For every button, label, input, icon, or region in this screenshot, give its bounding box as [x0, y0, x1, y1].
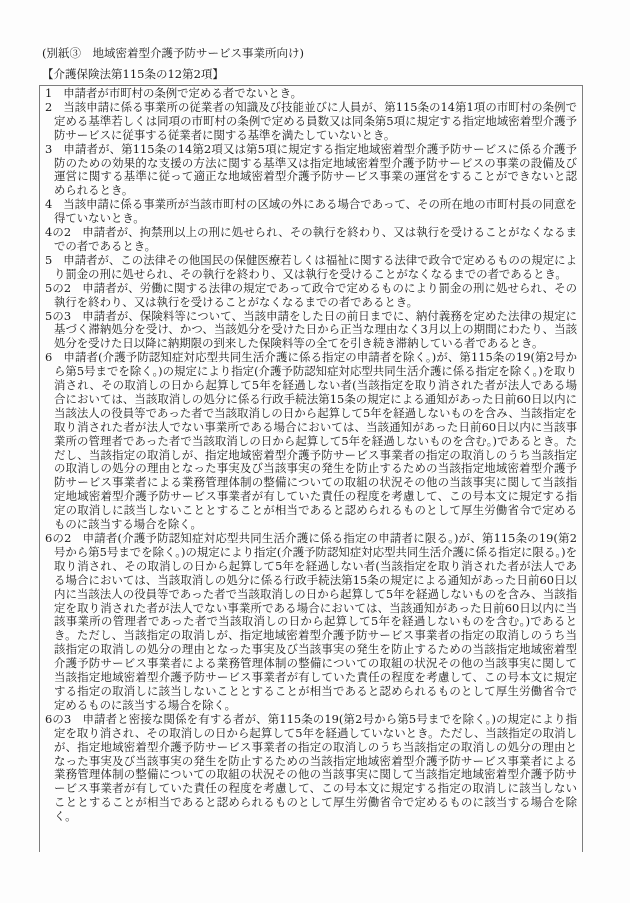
provision-text: 申請者が、この法律その他国民の保健医療若しくは福祉に関する法律で政令で定めるもの… [54, 253, 577, 281]
provision-item: 6の3申請者と密接な関係を有する者が、第115条の19(第2号から第5号までを除… [45, 713, 577, 824]
document-page: (別紙③ 地域密着型介護予防サービス事業所向け) 【介護保険法第115条の12第… [0, 0, 630, 903]
provision-number: 2 [45, 100, 52, 114]
provision-item: 5の3申請者が、保険料等について、当該申請をした日の前日までに、納付義務を定めた… [45, 310, 577, 352]
provision-text: 当該申請に係る事業所が当該市町村の区域の外にある場合であって、その所在地の市町村… [54, 197, 577, 225]
provision-item: 5の2申請者が、労働に関する法律の規定であって政令で定めるものにより罰金の刑に処… [45, 282, 577, 310]
provision-text: 申請者と密接な関係を有する者が、第115条の19(第2号から第5号までを除く。)… [54, 712, 577, 823]
provision-item: 1申請者が市町村の条例で定める者でないとき。 [45, 87, 577, 101]
provision-text: 申請者が、拘禁刑以上の刑に処せられ、その執行を終わり、又は執行を受けることがなく… [54, 225, 577, 253]
provision-text: 申請者が、労働に関する法律の規定であって政令で定めるものにより罰金の刑に処せられ… [54, 281, 577, 309]
provision-number: 3 [45, 142, 52, 156]
provision-number: 5 [45, 253, 52, 267]
provision-item: 6の2申請者(介護予防認知症対応型共同生活介護に係る指定の申請者に限る。)が、第… [45, 532, 577, 713]
provision-number: 6の2 [45, 531, 71, 545]
provision-item: 6申請者(介護予防認知症対応型共同生活介護に係る指定の申請者を除く。)が、第11… [45, 351, 577, 532]
provision-item: 5申請者が、この法律その他国民の保健医療若しくは福祉に関する法律で政令で定めるも… [45, 254, 577, 282]
document-content: (別紙③ 地域密着型介護予防サービス事業所向け) 【介護保険法第115条の12第… [0, 0, 630, 852]
law-reference-title: 【介護保険法第115条の12第2項】 [42, 67, 630, 81]
provision-item: 4当該申請に係る事業所が当該市町村の区域の外にある場合であって、その所在地の市町… [45, 198, 577, 226]
provisions-box: 1申請者が市町村の条例で定める者でないとき。 2当該申請に係る事業所の従業者の知… [39, 85, 583, 852]
provision-item: 2当該申請に係る事業所の従業者の知識及び技能並びに人員が、第115条の14第1項… [45, 101, 577, 143]
provision-number: 5の3 [45, 309, 71, 323]
provision-number: 6の3 [45, 712, 71, 726]
provision-text: 当該申請に係る事業所の従業者の知識及び技能並びに人員が、第115条の14第1項の… [54, 100, 577, 142]
provision-item: 3申請者が、第115条の14第2項又は第5項に規定する指定地域密着型介護予防サー… [45, 143, 577, 199]
attachment-label: (別紙③ 地域密着型介護予防サービス事業所向け) [42, 46, 630, 60]
provision-number: 1 [45, 86, 52, 100]
provision-number: 4 [45, 197, 52, 211]
provision-text: 申請者が、第115条の14第2項又は第5項に規定する指定地域密着型介護予防サービ… [54, 142, 577, 198]
provision-number: 6 [45, 350, 52, 364]
provision-number: 4の2 [45, 225, 71, 239]
provision-text: 申請者(介護予防認知症対応型共同生活介護に係る指定の申請者を除く。)が、第115… [54, 350, 577, 531]
provision-number: 5の2 [45, 281, 71, 295]
provision-text: 申請者が市町村の条例で定める者でないとき。 [63, 86, 302, 100]
provision-text: 申請者(介護予防認知症対応型共同生活介護に係る指定の申請者に限る。)が、第115… [54, 531, 577, 712]
provision-item: 4の2申請者が、拘禁刑以上の刑に処せられ、その執行を終わり、又は執行を受けること… [45, 226, 577, 254]
provision-text: 申請者が、保険料等について、当該申請をした日の前日までに、納付義務を定めた法律の… [54, 309, 577, 351]
